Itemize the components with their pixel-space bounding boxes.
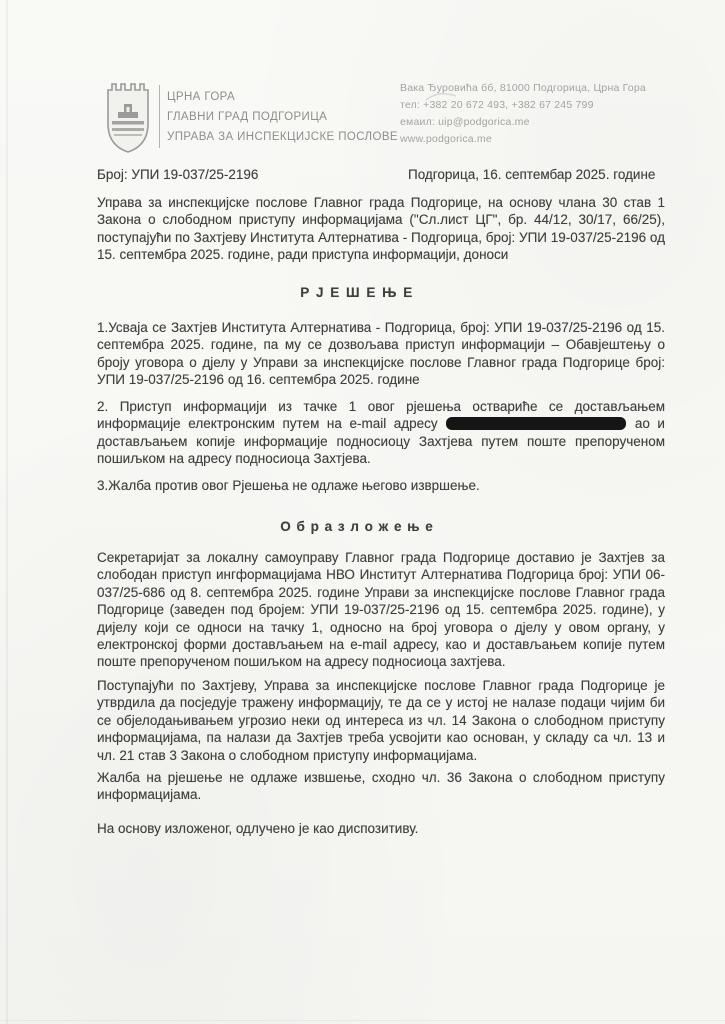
podgorica-coat-of-arms-icon xyxy=(104,78,152,156)
decision-heading: Р Ј Е Ш Е Њ Е xyxy=(97,284,617,301)
decision-item-2: 2. Приступ информацији из тачке 1 овог р… xyxy=(97,398,665,468)
city-name: ГЛАВНИ ГРАД ПОДГОРИЦА xyxy=(167,107,398,127)
rationale-closing-line: На основу изложеног, одлучено је као дис… xyxy=(97,820,665,837)
department-name: УПРАВА ЗА ИНСПЕКЦИЈСКЕ ПОСЛОВЕ xyxy=(167,127,398,147)
rationale-paragraph-2: Поступајући по Захтјеву, Управа за инспе… xyxy=(97,677,665,764)
reference-row: Број: УПИ 19-037/25-2196 Подгорица, 16. … xyxy=(97,166,665,184)
decision-item-1: 1.Усваја се Захтјев Института Алтернатив… xyxy=(97,319,665,389)
case-number: Број: УПИ 19-037/25-2196 xyxy=(97,166,258,183)
intro-paragraph: Управа за инспекцијске послове Главног г… xyxy=(97,194,665,264)
redacted-email-bar xyxy=(446,417,626,430)
scanned-document-page: ЦРНА ГОРА ГЛАВНИ ГРАД ПОДГОРИЦА УПРАВА З… xyxy=(0,0,725,1024)
email-line: емаил: uip@podgorica.me xyxy=(400,114,646,131)
rationale-heading: О б р а з л о ж е њ е xyxy=(97,518,617,535)
letterhead-divider xyxy=(159,85,160,148)
place-and-date: Подгорица, 16. септембар 2025. године xyxy=(408,166,655,183)
country-name: ЦРНА ГОРА xyxy=(167,87,398,107)
website-line: www.podgorica.me xyxy=(400,131,646,148)
scan-artifact-mark xyxy=(424,88,458,104)
decision-item-3: 3.Жалба против овог Рјешења не одлаже ње… xyxy=(97,477,665,494)
letterhead-organization: ЦРНА ГОРА ГЛАВНИ ГРАД ПОДГОРИЦА УПРАВА З… xyxy=(167,87,398,147)
rationale-paragraph-1: Секретаријат за локалну самоуправу Главн… xyxy=(97,549,665,671)
rationale-paragraph-3: Жалба на рјешење не одлаже извшење, сход… xyxy=(97,769,665,804)
